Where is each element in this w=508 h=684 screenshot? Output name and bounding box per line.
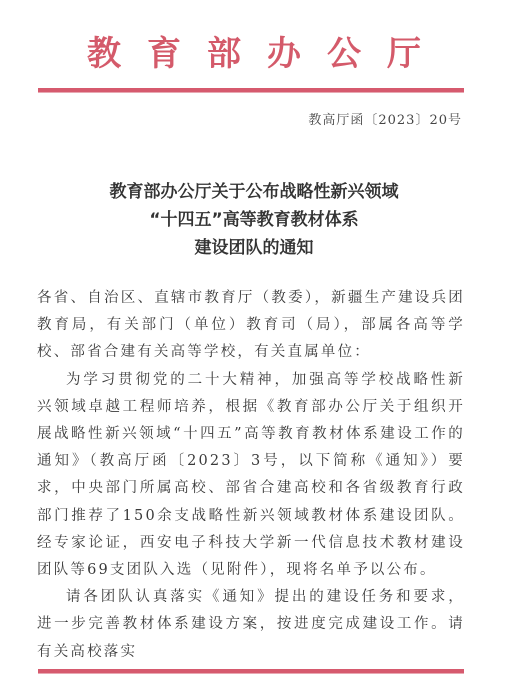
title-line-2: “十四五”高等教育教材体系 [0, 206, 508, 234]
document-number: 教高厅函〔2023〕20号 [308, 109, 462, 128]
document-title: 教育部办公厅关于公布战略性新兴领域 “十四五”高等教育教材体系 建设团队的通知 [0, 178, 508, 262]
bottom-red-rule [38, 669, 464, 674]
paragraph-1: 为学习贯彻党的二十大精神，加强高等学校战略性新兴领域卓越工程师培养，根据《教育部… [37, 367, 465, 585]
top-red-rule [38, 88, 464, 93]
title-line-3: 建设团队的通知 [0, 234, 508, 262]
title-line-1: 教育部办公厅关于公布战略性新兴领域 [0, 178, 508, 206]
addressee: 各省、自治区、直辖市教育厅（教委），新疆生产建设兵团教育局，有关部门（单位）教育… [37, 285, 465, 367]
issuer-masthead: 教育部办公厅 [0, 34, 508, 74]
paragraph-2: 请各团队认真落实《通知》提出的建设任务和要求，进一步完善教材体系建设方案，按进度… [37, 584, 465, 666]
document-body: 各省、自治区、直辖市教育厅（教委），新疆生产建设兵团教育局，有关部门（单位）教育… [37, 285, 465, 666]
